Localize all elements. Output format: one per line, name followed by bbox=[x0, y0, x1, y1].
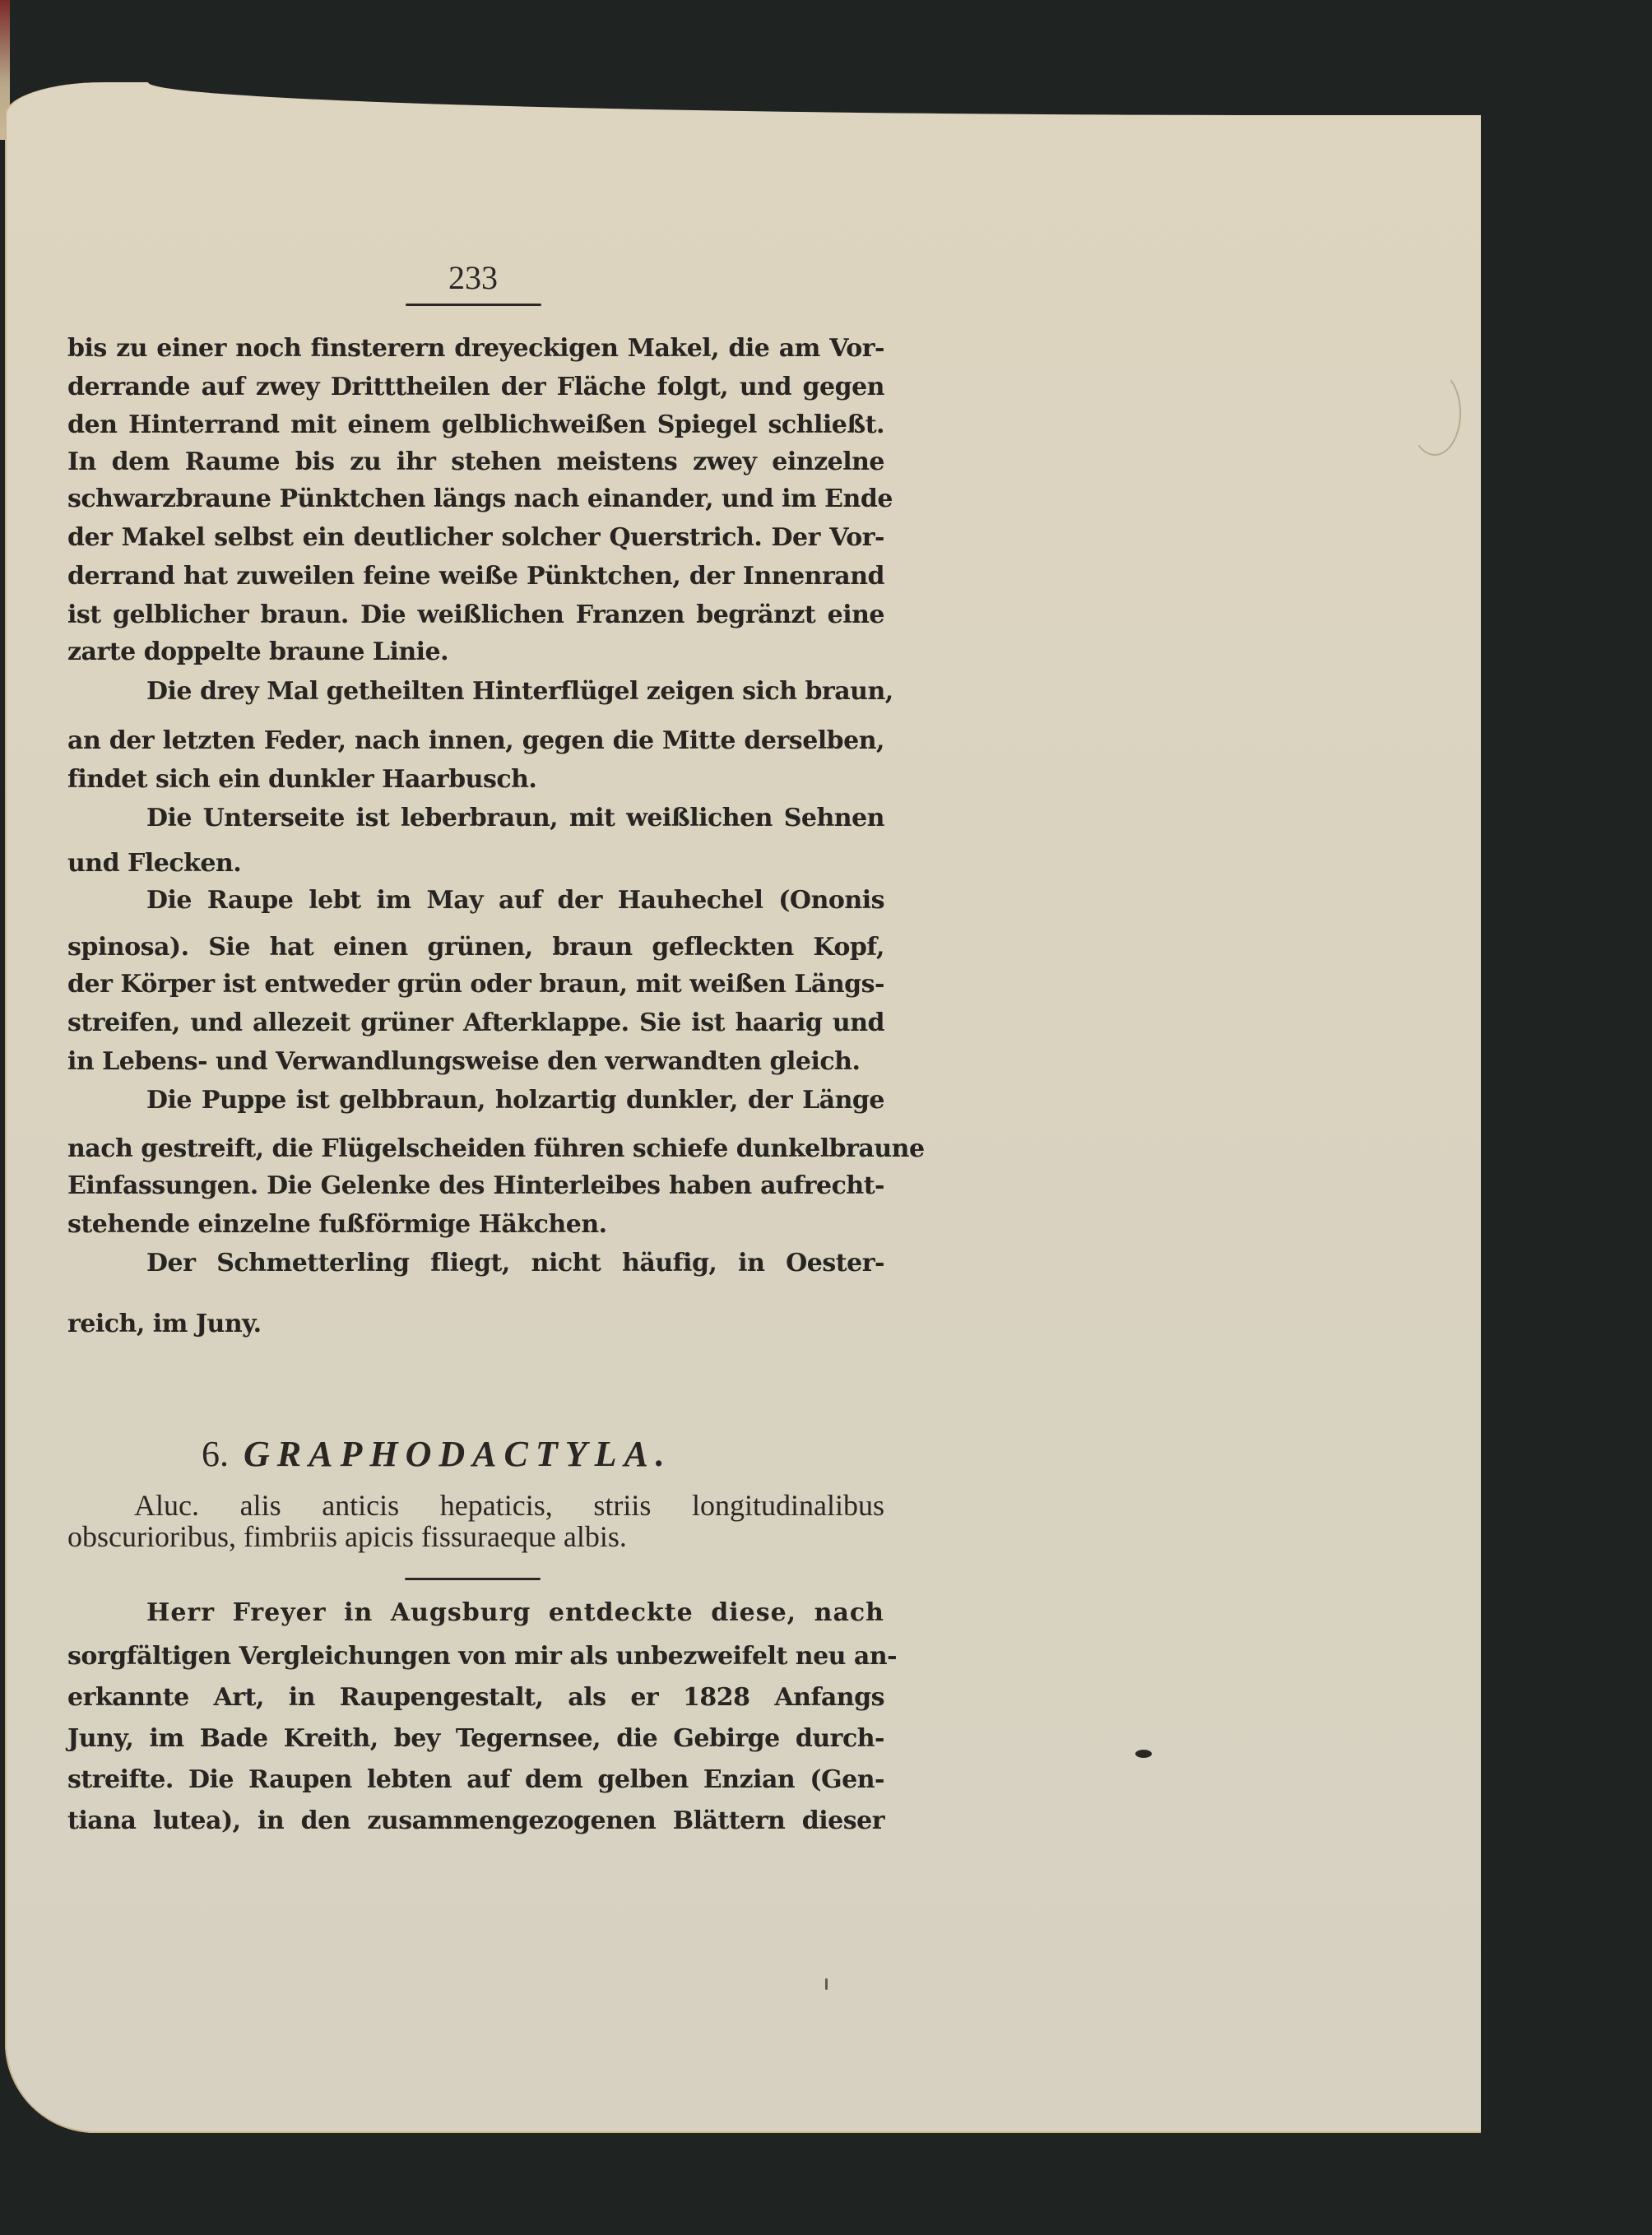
text-line: Die Raupe lebt im May auf der Hauhechel … bbox=[146, 884, 884, 917]
diagnosis-line: obscurioribus, fimbriis apicis fissuraeq… bbox=[67, 1520, 884, 1553]
text-line: Die Unterseite ist leberbraun, mit weißl… bbox=[146, 802, 884, 835]
text-line: sorgfältigen Vergleichungen von mir als … bbox=[67, 1640, 884, 1673]
paper-speck bbox=[825, 1978, 828, 1990]
text-line: Einfassungen. Die Gelenke des Hinterleib… bbox=[67, 1170, 884, 1203]
text-line: zarte doppelte braune Linie. bbox=[67, 636, 884, 669]
text-line: Die Puppe ist gelbbraun, holzartig dunkl… bbox=[146, 1084, 884, 1117]
text-line: Herr Freyer in Augsburg entdeckte diese,… bbox=[146, 1597, 884, 1630]
text-line: Die drey Mal getheilten Hinterflügel zei… bbox=[146, 675, 884, 708]
paper-speck bbox=[1135, 1750, 1152, 1758]
text-line: den Hinterrand mit einem gelblichweißen … bbox=[67, 409, 884, 442]
text-line: findet sich ein dunkler Haarbusch. bbox=[67, 763, 884, 796]
section-number: 6. bbox=[202, 1434, 229, 1474]
text-line: bis zu einer noch finsterern dreyeckigen… bbox=[67, 332, 884, 365]
text-line: ist gelblicher braun. Die weißlichen Fra… bbox=[67, 599, 884, 632]
text-line: schwarzbraune Pünktchen längs nach einan… bbox=[67, 483, 884, 516]
text-line: spinosa). Sie hat einen grünen, braun ge… bbox=[67, 931, 884, 964]
page-number: 233 bbox=[447, 260, 499, 296]
diagnosis-line: Aluc. alis anticis hepaticis, striis lon… bbox=[134, 1489, 884, 1522]
text-line: und Flecken. bbox=[67, 847, 884, 880]
text-line: erkannte Art, in Raupengestalt, als er 1… bbox=[67, 1681, 884, 1714]
text-line: in Lebens- und Verwandlungsweise den ver… bbox=[67, 1046, 884, 1078]
text-line: der Körper ist entweder grün oder braun,… bbox=[67, 968, 884, 1001]
section-heading: 6.GRAPHODACTYLA. bbox=[202, 1435, 672, 1474]
text-line: streifte. Die Raupen lebten auf dem gelb… bbox=[67, 1764, 884, 1797]
text-line: Der Schmetterling fliegt, nicht häufig, … bbox=[146, 1247, 884, 1280]
section-rule bbox=[405, 1578, 541, 1580]
text-line: tiana lutea), in den zusammengezogenen B… bbox=[67, 1805, 884, 1838]
text-line: In dem Raume bis zu ihr stehen meistens … bbox=[67, 446, 884, 479]
text-line: Juny, im Bade Kreith, bey Tegernsee, die… bbox=[67, 1723, 884, 1755]
text-line: reich, im Juny. bbox=[67, 1308, 884, 1341]
text-line: streifen, und allezeit grüner Afterklapp… bbox=[67, 1007, 884, 1040]
paper-crease bbox=[1408, 370, 1461, 456]
text-line: derrande auf zwey Dritttheilen der Fläch… bbox=[67, 371, 884, 404]
section-title: GRAPHODACTYLA. bbox=[244, 1434, 672, 1474]
text-line: derrand hat zuweilen feine weiße Pünktch… bbox=[67, 560, 884, 593]
text-line: der Makel selbst ein deutlicher solcher … bbox=[67, 522, 884, 554]
text-line: stehende einzelne fußförmige Häkchen. bbox=[67, 1208, 884, 1241]
text-line: nach gestreift, die Flügelscheiden führe… bbox=[67, 1133, 884, 1166]
header-rule bbox=[406, 304, 541, 306]
text-line: an der letzten Feder, nach innen, gegen … bbox=[67, 725, 884, 758]
